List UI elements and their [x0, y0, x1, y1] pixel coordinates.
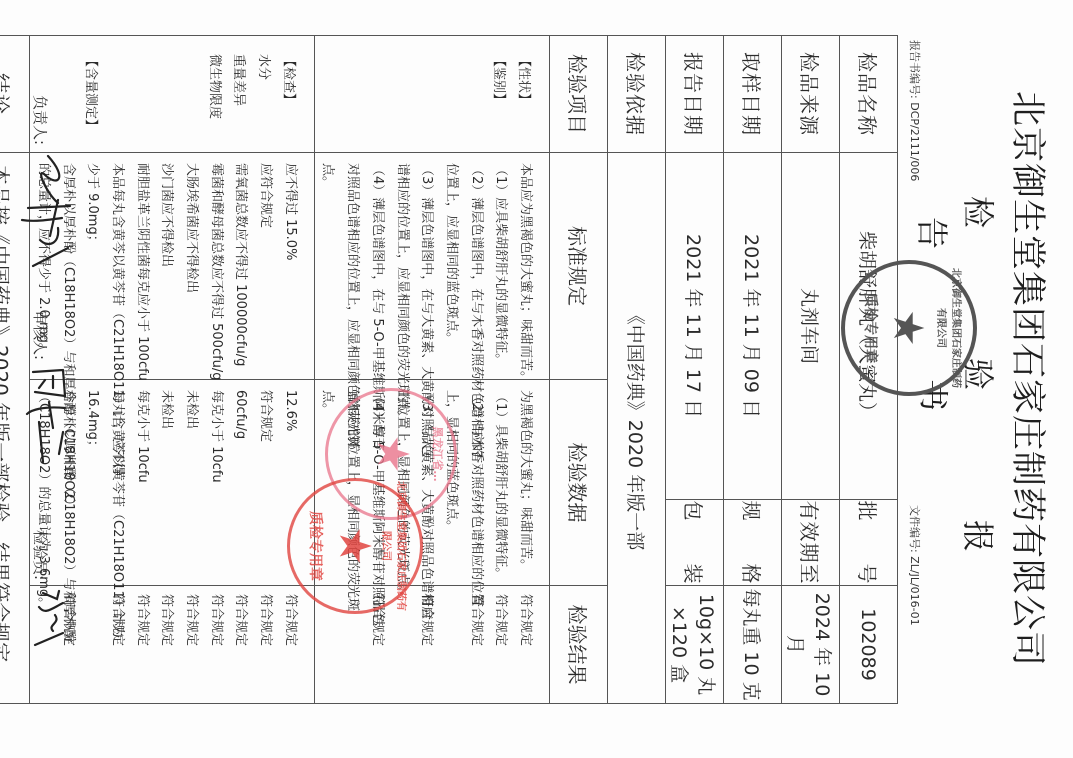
data-line: 未检出	[178, 390, 203, 579]
results-line: 符合规定	[488, 594, 513, 703]
test-standard: 本品应为黑褐色的大蜜丸；味甜而苦。（1）应具柴胡舒肝丸的显微特征。（2）薄层色谱…	[314, 153, 549, 380]
info-label: 包 装	[666, 500, 724, 586]
results-line: 符合规定	[512, 594, 537, 703]
info-value: 柴胡舒肝丸（大蜜丸）	[840, 153, 898, 500]
data-line: 点。	[315, 390, 340, 579]
items-line: 【检查】	[275, 54, 300, 146]
data-line: 每克小于 10cfu	[203, 390, 228, 579]
header-standard: 标准规定	[550, 153, 608, 380]
results-line: 符合规定	[463, 594, 488, 703]
standard-line: （3）薄层色谱图中，在与大黄素、大黄酚对照品色	[414, 163, 439, 373]
info-value: 丸剂车间	[782, 153, 840, 500]
inspector-label: 检验员:	[30, 530, 51, 580]
company-name: 北京御生堂集团石家庄制药有限公司	[1005, 0, 1055, 758]
results-line	[389, 594, 414, 703]
data-line: 为黑褐色的大蜜丸；味甜而苦。	[512, 390, 537, 579]
data-line: 每丸含黄芩以黄芩苷（C21H18O11）计为	[104, 390, 129, 579]
tests-header-row: 检验项目标准规定检验数据检验结果	[550, 36, 608, 704]
basis-label: 检验依据	[608, 36, 666, 153]
items-line: 微生物限度	[201, 54, 226, 146]
data-line: 16.4mg；	[80, 390, 105, 579]
info-value: 2021 年 11 月 17 日	[666, 153, 724, 500]
data-line: （4）与 5-O-甲基维斯阿米醇苷对照品色	[364, 390, 389, 579]
info-value: 10g×10 丸×120 盒	[666, 586, 724, 704]
standard-line: 位置上，应显相同的蓝色斑点。	[438, 163, 463, 373]
report-number: 报告书编号: DCP/2111/006	[907, 40, 923, 181]
info-label: 报告日期	[666, 36, 724, 153]
standard-line: 点。	[315, 163, 340, 373]
items-line	[176, 54, 201, 146]
items-line	[127, 54, 152, 146]
reviewer-label: 审核人:	[30, 310, 51, 360]
items-line: 【性状】	[510, 54, 535, 146]
info-value: 2024 年 10 月	[782, 586, 840, 704]
results-line: 符合规定	[203, 594, 228, 703]
basis-value: 《中国药典》2020 年版一部	[608, 153, 666, 704]
file-number: 文件编号: ZL/JL/016-01	[907, 505, 923, 626]
results-line: 符合规定	[129, 594, 154, 703]
info-label: 批 号	[840, 500, 898, 586]
data-line: （1）具柴胡舒肝丸的显微特征。	[488, 390, 513, 579]
info-label: 有效期至	[782, 500, 840, 586]
standard-line: 对照品色谱相应的位置上，应显相同颜色的荧光斑	[340, 163, 365, 373]
test-items: 【性状】【鉴别】	[314, 36, 549, 153]
results-line	[438, 594, 463, 703]
info-label: 规 格	[724, 500, 782, 586]
standard-line: 应不得过 15.0%	[277, 163, 302, 373]
standard-line: 沙门菌应不得检出	[154, 163, 179, 373]
standard-line: 本品应为黑褐色的大蜜丸；味甜而苦。	[512, 163, 537, 373]
items-line: 【含量测定】	[78, 54, 103, 146]
test-items: 【检查】水分重量差异微生物限度 【含量测定】	[30, 36, 315, 153]
basis-row: 检验依据《中国药典》2020 年版一部	[608, 36, 666, 704]
report-table: 检品名称柴胡舒肝丸（大蜜丸）批 号102089检品来源丸剂车间有效期至2024 …	[0, 35, 898, 704]
standard-line: 耐胆盐革兰阴性菌每克应小于 100cfu	[129, 163, 154, 373]
data-line: 每克小于 10cfu	[129, 390, 154, 579]
items-line: 水分	[250, 54, 275, 146]
conclusion-label: 结论	[0, 36, 30, 153]
inspection-report-page: 北京御生堂集团石家庄制药有限公司 检验报告书 报告书编号: DCP/2111/0…	[0, 0, 1073, 758]
standard-line: 大肠埃希菌应不得检出	[178, 163, 203, 373]
standard-line: 霉菌和酵母菌总数应不得过 500cfu/g	[203, 163, 228, 373]
header-item: 检验项目	[550, 36, 608, 153]
standard-line: 谱相应的位置上，应显相同颜色的荧光斑点。	[389, 163, 414, 373]
results-line: 符合规定	[252, 594, 277, 703]
header-data: 检验数据	[550, 380, 608, 586]
info-label: 检品来源	[782, 36, 840, 153]
data-line: 谱相应的位置上，显相同颜色的荧光斑	[340, 390, 365, 579]
info-row: 检品名称柴胡舒肝丸（大蜜丸）批 号102089	[840, 36, 898, 704]
data-line: 符合规定	[252, 390, 277, 579]
info-row: 检品来源丸剂车间有效期至2024 年 10 月	[782, 36, 840, 704]
info-row: 报告日期2021 年 11 月 17 日包 装10g×10 丸×120 盒	[666, 36, 724, 704]
results-line: 符合规定	[364, 594, 389, 703]
standard-line: （4）薄层色谱图中，在与 5-O-甲基维斯阿米醇苷	[364, 163, 389, 373]
data-line: 上，显相同的蓝色斑点。	[438, 390, 463, 579]
info-value: 每丸重 10 克	[724, 586, 782, 704]
info-label: 检品名称	[840, 36, 898, 153]
results-line: 符合规定	[228, 594, 253, 703]
responsible-person-label: 负责人:	[30, 95, 51, 145]
responsible-person-signature	[18, 148, 88, 278]
data-line: 未检出	[154, 390, 179, 579]
standard-line: （1）应具柴胡舒肝丸的显微特征。	[488, 163, 513, 373]
inspector-signature	[28, 585, 73, 655]
results-line: 符合规定	[104, 594, 129, 703]
data-line: 60cfu/g	[228, 390, 253, 579]
items-line: 【鉴别】	[486, 54, 511, 146]
results-line: 符合规定	[178, 594, 203, 703]
items-line	[102, 54, 127, 146]
info-value: 102089	[840, 586, 898, 704]
standard-line: 需氧菌总数应不得过 100000cfu/g	[228, 163, 253, 373]
data-line: （3）与大黄素、大黄酚对照品色谱相应	[414, 390, 439, 579]
scanned-document-viewport: 北京御生堂集团石家庄制药有限公司 检验报告书 报告书编号: DCP/2111/0…	[0, 0, 1073, 758]
data-line: 的位置上，显相同颜色的荧光斑点。	[389, 390, 414, 579]
standard-line: （2）薄层色谱图中，在与木香对照药材色谱相应的	[463, 163, 488, 373]
results-line: 符合规定	[154, 594, 179, 703]
items-line: 重量差异	[226, 54, 251, 146]
results-line: 符合规定	[414, 594, 439, 703]
test-data: 为黑褐色的大蜜丸；味甜而苦。（1）具柴胡舒肝丸的显微特征。（2）与木香对照药材色…	[314, 380, 549, 586]
document-title: 检验报告书	[911, 0, 1003, 758]
items-line	[152, 54, 177, 146]
results-line: 符合规定	[277, 594, 302, 703]
data-line: 12.6%	[277, 390, 302, 579]
info-value: 2021 年 11 月 09 日	[724, 153, 782, 500]
reviewer-signature	[23, 362, 83, 472]
info-row: 取样日期2021 年 11 月 09 日规 格每丸重 10 克	[724, 36, 782, 704]
test-section-row: 【性状】【鉴别】本品应为黑褐色的大蜜丸；味甜而苦。（1）应具柴胡舒肝丸的显微特征…	[314, 36, 549, 704]
info-label: 取样日期	[724, 36, 782, 153]
header-result: 检验结果	[550, 586, 608, 704]
standard-line: 本品每丸含黄芩以黄芩苷（C21H18O11）计，应不得	[104, 163, 129, 373]
standard-line: 应符合规定	[252, 163, 277, 373]
data-line: （2）与木香对照药材色谱相应的位置	[463, 390, 488, 579]
results-line	[80, 594, 105, 703]
